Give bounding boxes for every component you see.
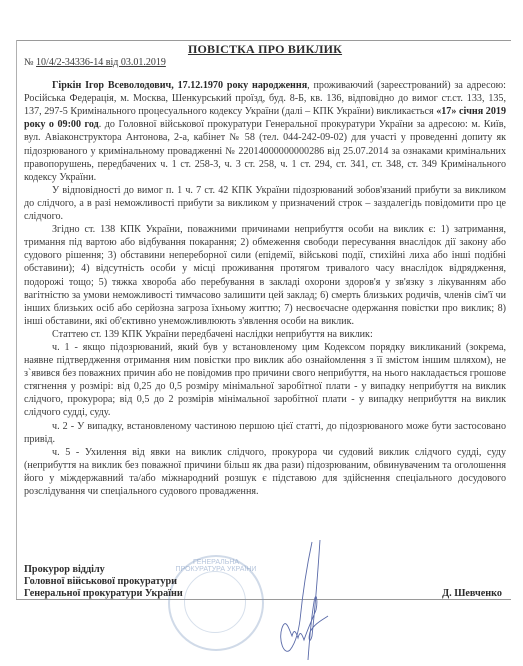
paragraph-obligation: У відповідності до вимог п. 1 ч. 7 ст. 4… — [24, 184, 506, 223]
paragraph-part-2: ч. 2 - У випадку, встановленому частиною… — [24, 420, 506, 446]
number-value: 10/4/2-34336-14 від 03.01.2019 — [36, 57, 166, 68]
paragraph-valid-reasons: Згідно ст. 138 КПК України, поважними пр… — [24, 223, 506, 328]
paragraph-consequences-intro: Статтею ст. 139 КПК України передбачені … — [24, 328, 506, 341]
paragraph-part-1: ч. 1 - якщо підозрюваний, який був у вст… — [24, 341, 506, 420]
paragraph-summons: Гіркін Ігор Всеволодович, 17.12.1970 рок… — [24, 79, 506, 184]
signer-title-line1: Прокурор відділу — [24, 564, 506, 576]
handwritten-signature-icon — [272, 540, 342, 666]
suspect-name: Гіркін Ігор Всеволодович, 17.12.1970 рок… — [52, 80, 307, 91]
signer-title-line3: Генеральної прокуратури України — [24, 588, 506, 600]
signer-title-line2: Головної військової прокуратури — [24, 576, 506, 588]
document-body: ПОВІСТКА ПРО ВИКЛИК № 10/4/2-34336-14 ві… — [24, 42, 506, 498]
signature-block: Прокурор відділу Головної військової про… — [24, 564, 506, 601]
document-title: ПОВІСТКА ПРО ВИКЛИК — [24, 42, 506, 56]
frame-left-line — [16, 40, 17, 600]
paragraph-part-5: ч. 5 - Ухилення від явки на виклик слідч… — [24, 446, 506, 498]
frame-top-line — [16, 40, 511, 41]
document-number: № 10/4/2-34336-14 від 03.01.2019 — [24, 56, 506, 69]
number-prefix: № — [24, 57, 36, 68]
signer-name: Д. Шевченко — [442, 588, 502, 600]
